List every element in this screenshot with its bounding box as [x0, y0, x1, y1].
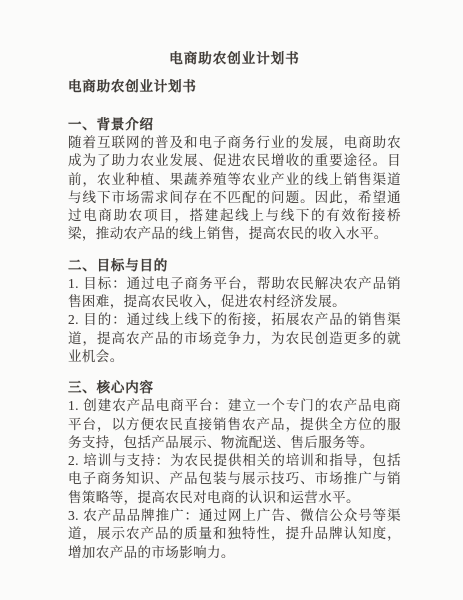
section-goals: 二、目标与目的 1. 目标：通过电子商务平台，帮助农民解决农产品销售困难，提高农…: [68, 257, 401, 366]
section-core-content-heading: 三、核心内容: [68, 379, 401, 397]
section-goals-item-2: 2. 目的：通过线上线下的衔接，拓展农产品的销售渠道，提高农产品的市场竞争力，为…: [68, 311, 401, 366]
section-background-paragraph: 随着互联网的普及和电子商务行业的发展，电商助农成为了助力农业发展、促进农民增收的…: [68, 134, 401, 244]
section-goals-heading: 二、目标与目的: [68, 257, 401, 275]
document-subtitle: 电商助农创业计划书: [68, 78, 401, 96]
document-page: 电商助农创业计划书 电商助农创业计划书 一、背景介绍 随着互联网的普及和电子商务…: [0, 0, 463, 600]
document-title: 电商助农创业计划书: [68, 50, 401, 68]
document-viewport: 电商助农创业计划书 电商助农创业计划书 一、背景介绍 随着互联网的普及和电子商务…: [0, 0, 463, 600]
section-goals-item-1: 1. 目标：通过电子商务平台，帮助农民解决农产品销售困难，提高农民收入，促进农村…: [68, 275, 401, 312]
section-background-heading: 一、背景介绍: [68, 116, 401, 134]
section-core-content-item-3: 3. 农产品品牌推广：通过网上广告、微信公众号等渠道，展示农产品的质量和独特性，…: [68, 507, 401, 562]
section-background: 一、背景介绍 随着互联网的普及和电子商务行业的发展，电商助农成为了助力农业发展、…: [68, 116, 401, 244]
section-core-content-item-2: 2. 培训与支持：为农民提供相关的培训和指导，包括电子商务知识、产品包装与展示技…: [68, 452, 401, 507]
section-core-content: 三、核心内容 1. 创建农产品电商平台：建立一个专门的农产品电商平台，以方便农民…: [68, 379, 401, 562]
section-core-content-item-1: 1. 创建农产品电商平台：建立一个专门的农产品电商平台，以方便农民直接销售农产品…: [68, 397, 401, 452]
